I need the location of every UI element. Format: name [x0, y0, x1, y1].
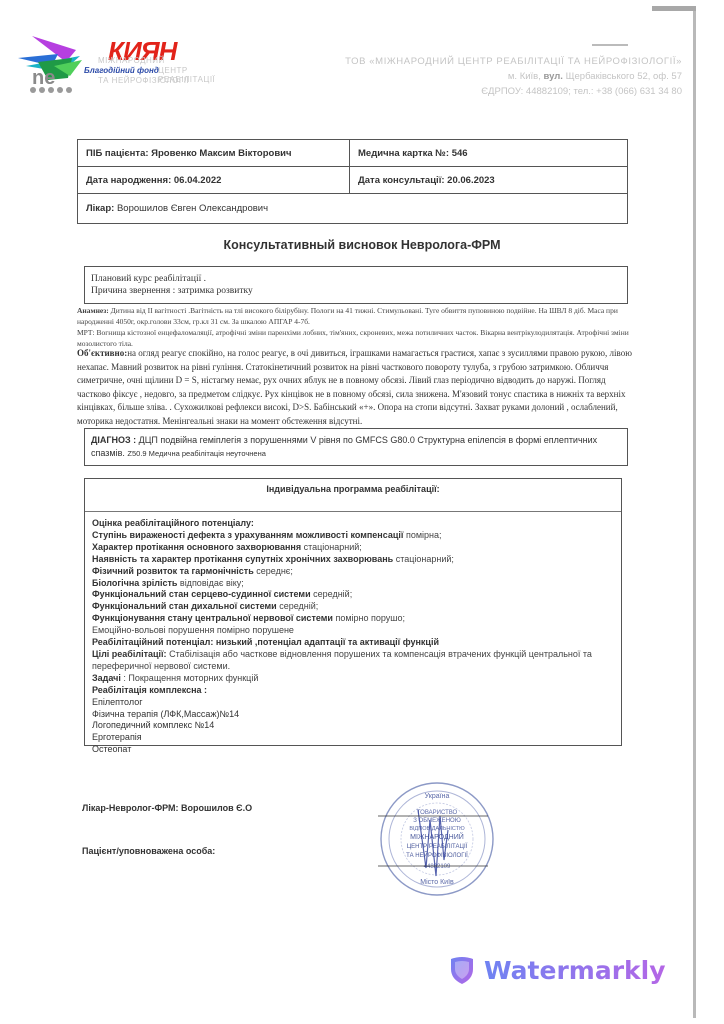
dob-value: 06.04.2022	[174, 175, 222, 186]
shield-icon	[448, 955, 476, 985]
program-item: Реабілітація комплексна :	[92, 685, 614, 697]
rehab-program-title: Індивідуальна программа реабілітації:	[85, 479, 621, 512]
program-item: Оцінка реабілітаційного потенціалу:	[92, 518, 614, 530]
document-title: Консультативный висновок Невролога-ФРМ	[0, 238, 724, 252]
doctor-value: Ворошилов Євген Олександрович	[117, 203, 268, 214]
consult-date-value: 20.06.2023	[447, 175, 495, 186]
logo-text-line: ТА НЕЙРОФІЗІОЛОГІЇ	[98, 76, 189, 85]
program-item: Емоційно-вольові порушення помірно поруш…	[92, 625, 614, 637]
org-address-street-label: вул.	[544, 71, 563, 82]
diagnosis-box: ДІАГНОЗ : ДЦП подвійна геміплегія з пору…	[84, 428, 628, 466]
svg-text:МІЖНАРОДНИЙ: МІЖНАРОДНИЙ	[410, 832, 464, 841]
table-row: ПІБ пацієнта: Яровенко Максим Вікторович…	[78, 140, 628, 167]
complex-item: Ерготерапія	[92, 732, 614, 744]
doctor-cell: Лікар: Ворошилов Євген Олександрович	[78, 194, 628, 224]
dob-label: Дата народження:	[86, 175, 171, 186]
patient-info-table: ПІБ пацієнта: Яровенко Максим Вікторович…	[77, 139, 628, 224]
doctor-signature-line: Лікар-Невролог-ФРМ: Ворошилов Є.О	[82, 803, 252, 813]
logo-brand-sub: Благодійний фонд	[84, 66, 159, 75]
org-name: ТОВ «МІЖНАРОДНИЙ ЦЕНТР РЕАБІЛІТАЦІЇ ТА Н…	[345, 54, 682, 69]
medical-card-label: Медична картка №:	[358, 148, 449, 159]
program-item: Реабілітаційний потенціал: низький ,поте…	[92, 637, 614, 649]
program-item: Функціонування стану центральної нервово…	[92, 613, 614, 625]
clinic-logo: ne КИЯН Благодійний фонд МІЖНАРОДНИЙ ЦЕН…	[18, 36, 208, 106]
anamnesis-label: Анамнез:	[77, 306, 109, 315]
complex-item: Епілептолог	[92, 697, 614, 709]
table-row: Дата народження: 06.04.2022 Дата консуль…	[78, 167, 628, 194]
complex-item: Фізична терапія (ЛФК,Массаж)№14	[92, 709, 614, 721]
program-item: Наявність та характер протікання супутні…	[92, 554, 614, 566]
objective-label: Об'єктивно:	[77, 348, 127, 358]
patient-signature-line: Пацієнт/уповноважена особа:	[82, 846, 215, 856]
svg-text:Україна: Україна	[425, 793, 450, 800]
program-item: Функціональний стан серцево-судинної сис…	[92, 589, 614, 601]
program-item: Функціональний стан дихальної системи се…	[92, 601, 614, 613]
rehab-program-body: Оцінка реабілітаційного потенціалу: Ступ…	[85, 512, 621, 762]
plan-box: Плановий курс реабілітації . Причина зве…	[84, 266, 628, 304]
table-row: Лікар: Ворошилов Євген Олександрович	[78, 194, 628, 224]
diagnosis-text-secondary: Z50.9 Медична реабілітація неуточнена	[127, 449, 266, 458]
svg-text:Місто Київ: Місто Київ	[420, 878, 454, 886]
watermark-text: Watermarkly	[484, 956, 666, 985]
complex-item: Логопедичний комплекс №14	[92, 720, 614, 732]
svg-text:ТОВАРИСТВО: ТОВАРИСТВО	[417, 810, 458, 816]
consult-date-cell: Дата консультації: 20.06.2023	[350, 167, 628, 194]
reason-line: Причина звернення : затримка розвитку	[91, 285, 621, 297]
org-address-city: м. Київ,	[508, 71, 541, 82]
official-stamp-icon: Україна ТОВАРИСТВО З ОБМЕЖЕНОЮ ВІДПОВІДА…	[378, 780, 496, 898]
program-item: Біологічна зрілість відповідає віку;	[92, 578, 614, 590]
logo-dots-decoration	[30, 80, 75, 98]
program-item: Характер протікання основного захворюван…	[92, 542, 614, 554]
consult-date-label: Дата консультації:	[358, 175, 445, 186]
anamnesis-section: Анамнез: Дитина від ІІ вагітності .Вагіт…	[77, 305, 641, 349]
rehab-program-box: Індивідуальна программа реабілітації: Оц…	[84, 478, 622, 746]
dob-cell: Дата народження: 06.04.2022	[78, 167, 350, 194]
watermark: Watermarkly	[448, 955, 666, 985]
program-item: Задачі : Покращення моторних функцій	[92, 673, 614, 685]
objective-text: на огляд реагує спокійно, на голос реагу…	[77, 348, 632, 426]
doctor-label: Лікар:	[86, 203, 114, 214]
svg-text:ВІДПОВІДАЛЬНІСТЮ: ВІДПОВІДАЛЬНІСТЮ	[409, 826, 465, 832]
patient-name-cell: ПІБ пацієнта: Яровенко Максим Вікторович	[78, 140, 350, 167]
logo-text-line: МІЖНАРОДНИЙ	[98, 56, 165, 65]
org-letterhead: ТОВ «МІЖНАРОДНИЙ ЦЕНТР РЕАБІЛІТАЦІЇ ТА Н…	[345, 54, 682, 99]
scan-page-edge-tab	[652, 6, 696, 11]
org-address-street: Щербаківського 52, оф. 57	[566, 71, 682, 82]
scan-page-edge	[693, 8, 696, 1018]
program-item: Цілі реабілітації: Стабілізація або част…	[92, 649, 614, 673]
medical-card-value: 546	[452, 148, 468, 159]
svg-text:ЦЕНТР РЕАБІЛІТАЦІЇ: ЦЕНТР РЕАБІЛІТАЦІЇ	[407, 843, 468, 850]
program-item: Фізичний розвиток та гармонічність серед…	[92, 566, 614, 578]
patient-name-label: ПІБ пацієнта:	[86, 148, 149, 159]
patient-name-value: Яровенко Максим Вікторович	[151, 148, 291, 159]
anamnesis-text: Дитина від ІІ вагітності .Вагітність на …	[77, 306, 618, 326]
plan-line: Плановий курс реабілітації .	[91, 273, 621, 285]
mri-text: МРТ: Вогнища кістозної енцефаломаляції, …	[77, 327, 641, 349]
medical-card-cell: Медична картка №: 546	[350, 140, 628, 167]
diagnosis-label: ДІАГНОЗ :	[91, 435, 136, 445]
program-item: Ступінь вираженості дефекта з урахування…	[92, 530, 614, 542]
org-address: м. Київ, вул. Щербаківського 52, оф. 57	[345, 69, 682, 84]
complex-item: Остеопат	[92, 744, 614, 756]
objective-section: Об'єктивно:на огляд реагує спокійно, на …	[77, 347, 641, 429]
org-codes: ЄДРПОУ: 44882109; тел.: +38 (066) 631 34…	[345, 84, 682, 99]
decorative-line	[592, 44, 628, 46]
